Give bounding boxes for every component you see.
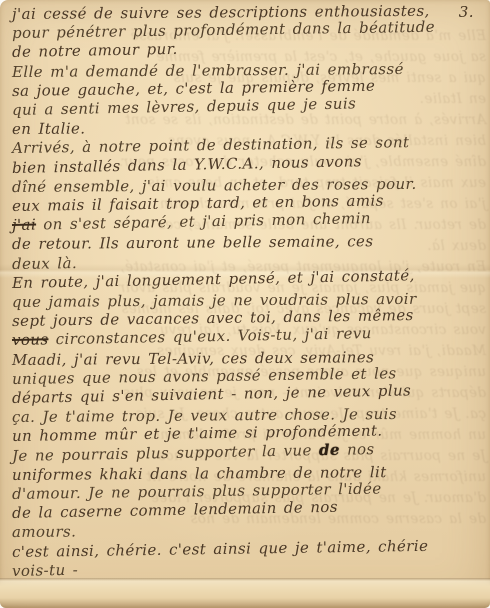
letter-body: j'ai cessé de suivre ses descriptions en… — [12, 5, 486, 581]
page-number: 3. — [459, 3, 474, 21]
letter-scan: Elle m'a demandé de l'embrasser. j'ai em… — [0, 0, 490, 608]
